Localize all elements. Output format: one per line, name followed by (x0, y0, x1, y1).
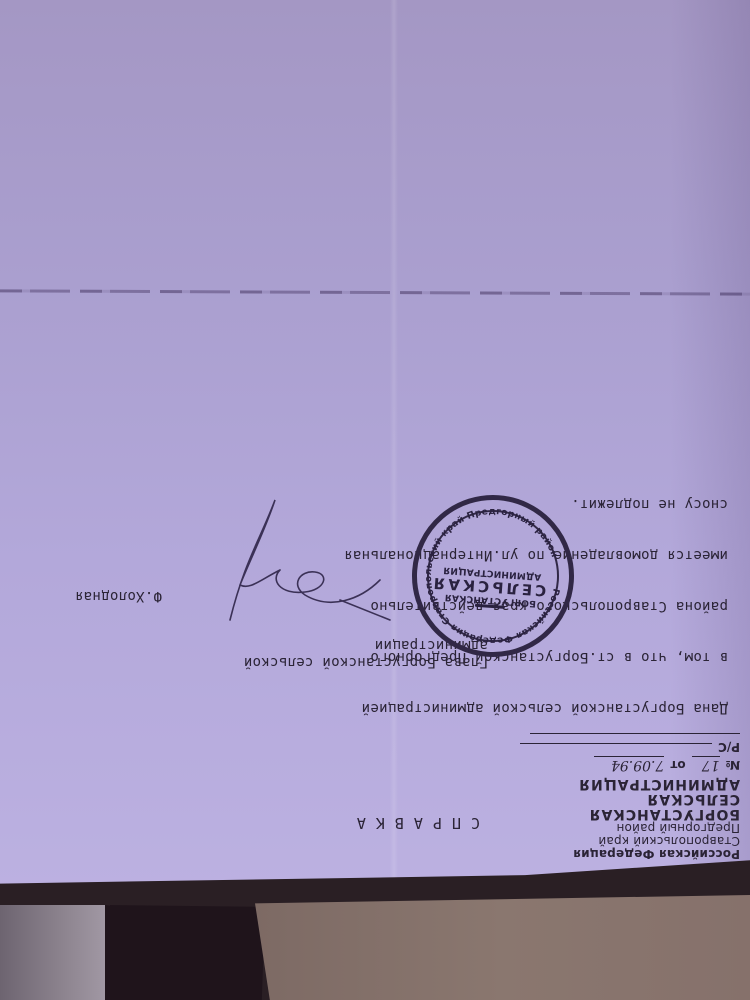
letterhead-region: Ставропольский край (520, 834, 740, 847)
date-label: от (670, 758, 685, 772)
document-number-row: № 17 от 7.09.94 (520, 756, 740, 773)
letterhead: Российская Федерация Ставропольский край… (520, 733, 740, 860)
number-value: 17 (692, 756, 720, 773)
document-title: СПРАВКА (347, 814, 480, 832)
stamp-center-text: БОРГУСТАНСКАЯ СЕЛЬСКАЯ АДМИНИСТРАЦИЯ (435, 564, 548, 616)
signatory-title-line1: Глава Боргустанской сельской (244, 653, 488, 670)
number-label: № (726, 758, 740, 772)
letterhead-org-line2: СЕЛЬСКАЯ (520, 791, 740, 806)
handwritten-signature (200, 490, 400, 640)
document-content-rotated: Российская Федерация Ставропольский край… (0, 0, 750, 1000)
official-stamp: Российская Федерация Ставропольский край… (407, 490, 580, 663)
letterhead-org-line1: БОРГУСТАНСКАЯ (520, 806, 740, 821)
date-value: 7.09.94 (594, 756, 664, 773)
letterhead-org-line3: АДМИНИСТРАЦИЯ (520, 776, 740, 791)
letterhead-district: Предгорный район (520, 821, 740, 834)
letterhead-country: Российская Федерация (520, 847, 740, 860)
signatory-name: Ф.Холодная (75, 588, 162, 604)
body-line: Дана Боргустанской сельской администраци… (8, 699, 728, 716)
